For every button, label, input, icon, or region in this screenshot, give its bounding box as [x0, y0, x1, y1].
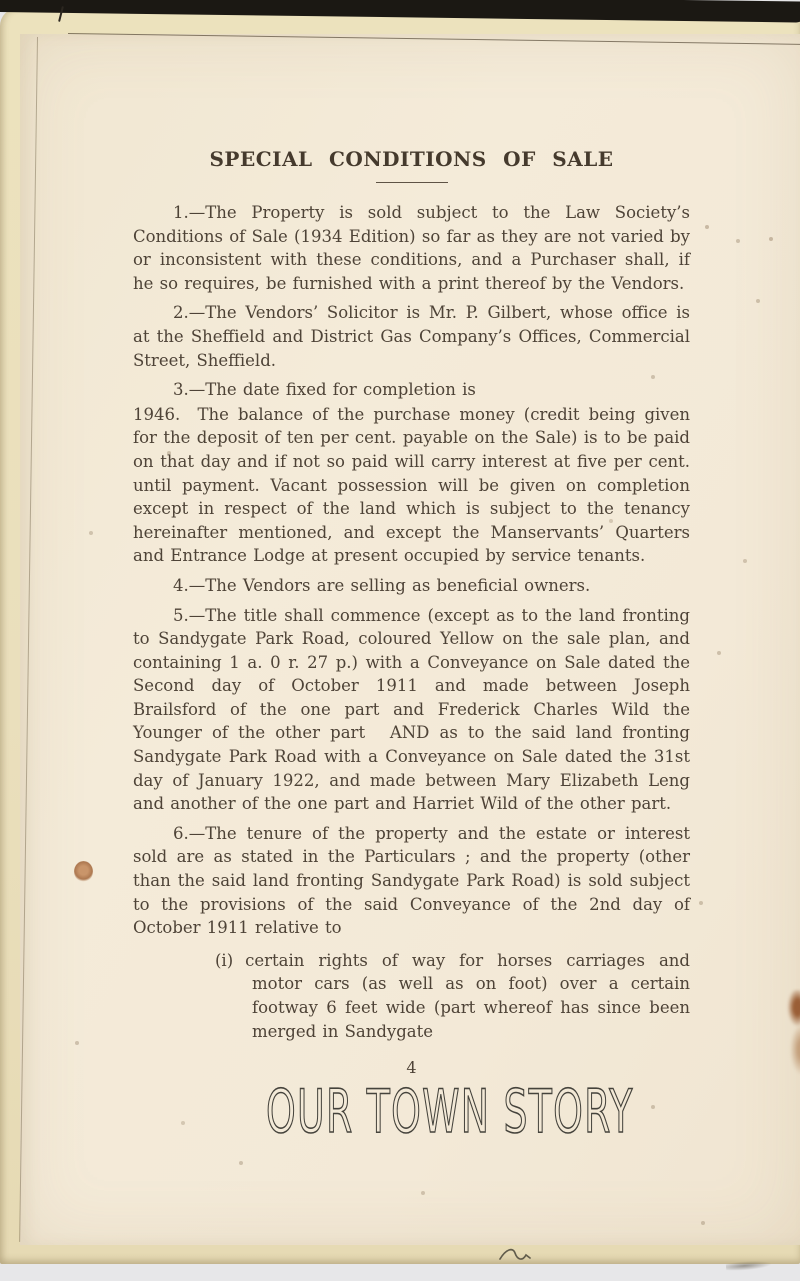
- stain-spot: [74, 861, 93, 882]
- ink-squiggle-mark: [498, 1246, 532, 1268]
- page-number: 4: [133, 1058, 690, 1077]
- condition-6: 6.—The tenure of the property and the es…: [133, 822, 690, 940]
- condition-5: 5.—The title shall commence (except as t…: [133, 604, 690, 816]
- item-i-marker: (i): [215, 951, 233, 970]
- paper-speckles: [0, 0, 2, 2]
- stain-right-edge: [762, 990, 800, 1086]
- condition-6-item-i: (i)certain rights of way for horses carr…: [133, 949, 690, 1043]
- condition-3-intro: 3.—The date fixed for completion is: [133, 378, 690, 402]
- condition-2: 2.—The Vendors’ Solicitor is Mr. P. Gilb…: [133, 301, 690, 372]
- scanner-smudge: [726, 1259, 773, 1271]
- item-i-text: certain rights of way for horses carriag…: [245, 951, 690, 1041]
- watermark: OUR TOWN STORY: [266, 1082, 634, 1142]
- title-rule: [376, 182, 448, 183]
- condition-3-body: 1946. The balance of the purchase money …: [133, 403, 690, 568]
- condition-1: 1.—The Property is sold subject to the L…: [133, 201, 690, 295]
- page-content: SPECIAL CONDITIONS OF SALE 1.—The Proper…: [133, 146, 690, 1049]
- page-title: SPECIAL CONDITIONS OF SALE: [133, 146, 690, 172]
- condition-4: 4.—The Vendors are selling as beneficial…: [133, 574, 690, 598]
